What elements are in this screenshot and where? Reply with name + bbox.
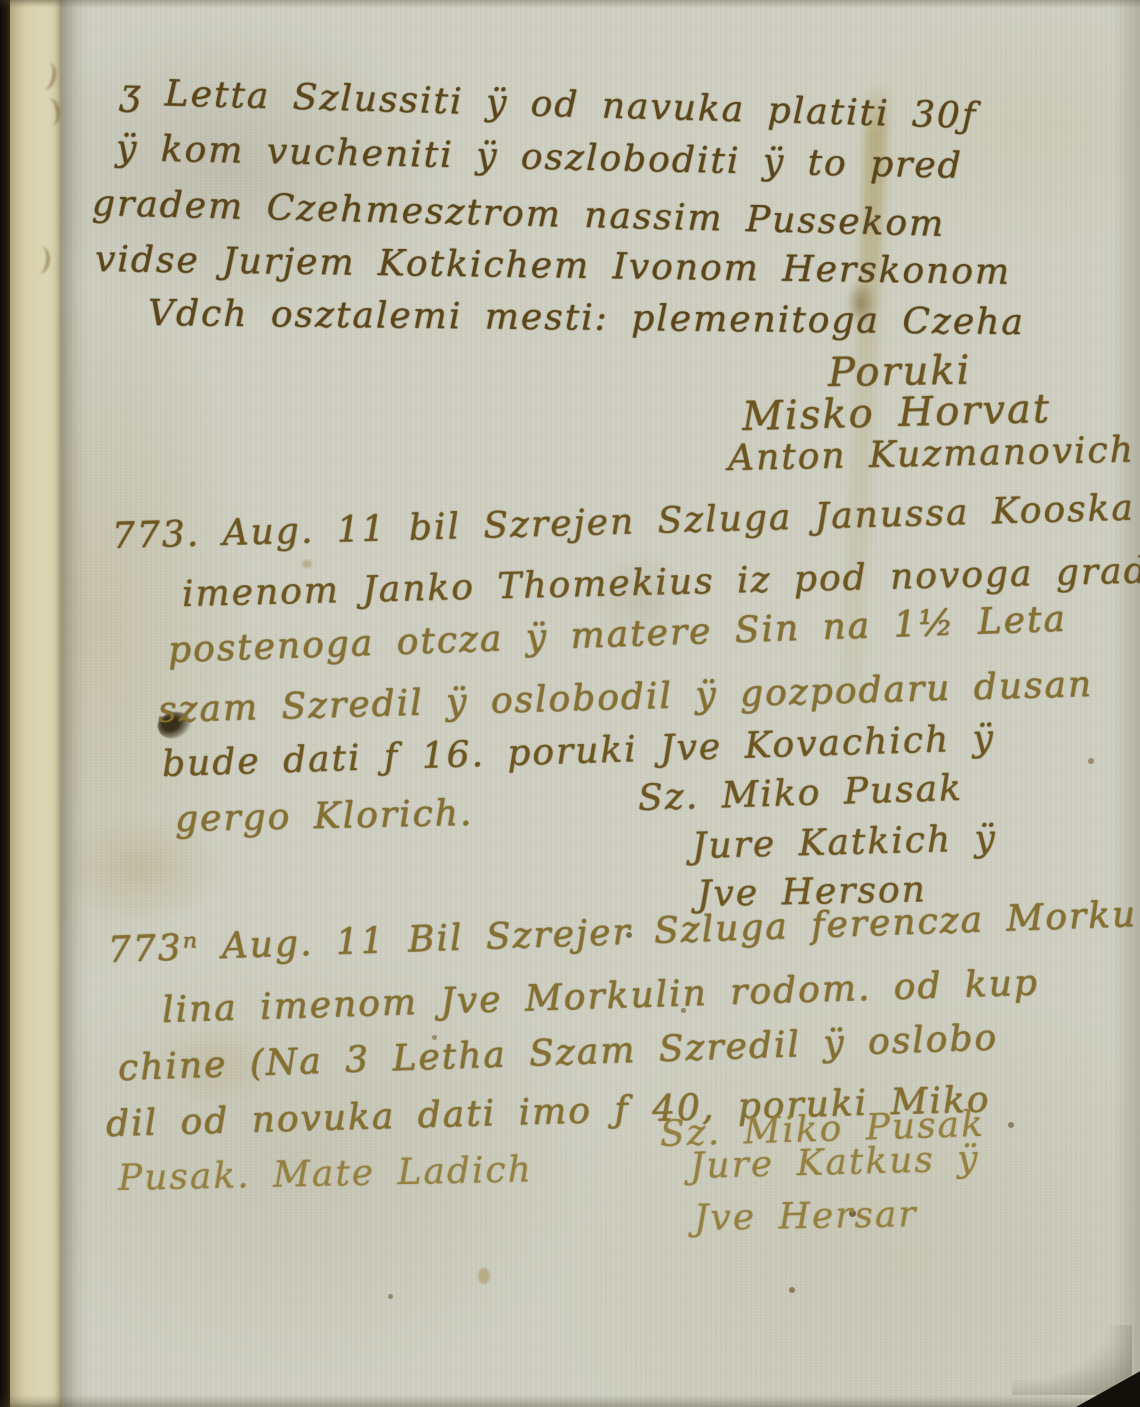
fox-spot [478,1268,490,1284]
corner-curl-shadow [1012,1325,1132,1395]
fold-shadow [62,0,88,1407]
right-page-curve [1114,0,1140,1407]
entry2-signature-1: Jure Katkich ÿ [691,818,997,867]
fox-spot [388,1294,393,1299]
fox-spot [302,560,312,568]
top-edge-shadow [0,0,1140,8]
entry3-line5a: Pusak. Mate Ladich [118,1149,534,1199]
entry1-signature-2: Anton Kuzmanovich [728,429,1136,479]
entry2-line6a: gergo Klorich. [175,793,474,840]
book-gutter [0,0,10,1407]
manuscript-scan: ʒ Letta Szlussiti ÿ od navuka platiti 30… [0,0,1140,1407]
previous-page-edge [10,0,62,1407]
entry3-signature-2: Jve Hersar [694,1194,918,1239]
fox-spot [1088,758,1094,764]
fox-spot [1008,1122,1014,1128]
entry3-signature-1: Jure Katkus ÿ [689,1138,980,1187]
fox-spot [789,1287,795,1293]
bottom-edge-shadow [0,1395,1140,1407]
